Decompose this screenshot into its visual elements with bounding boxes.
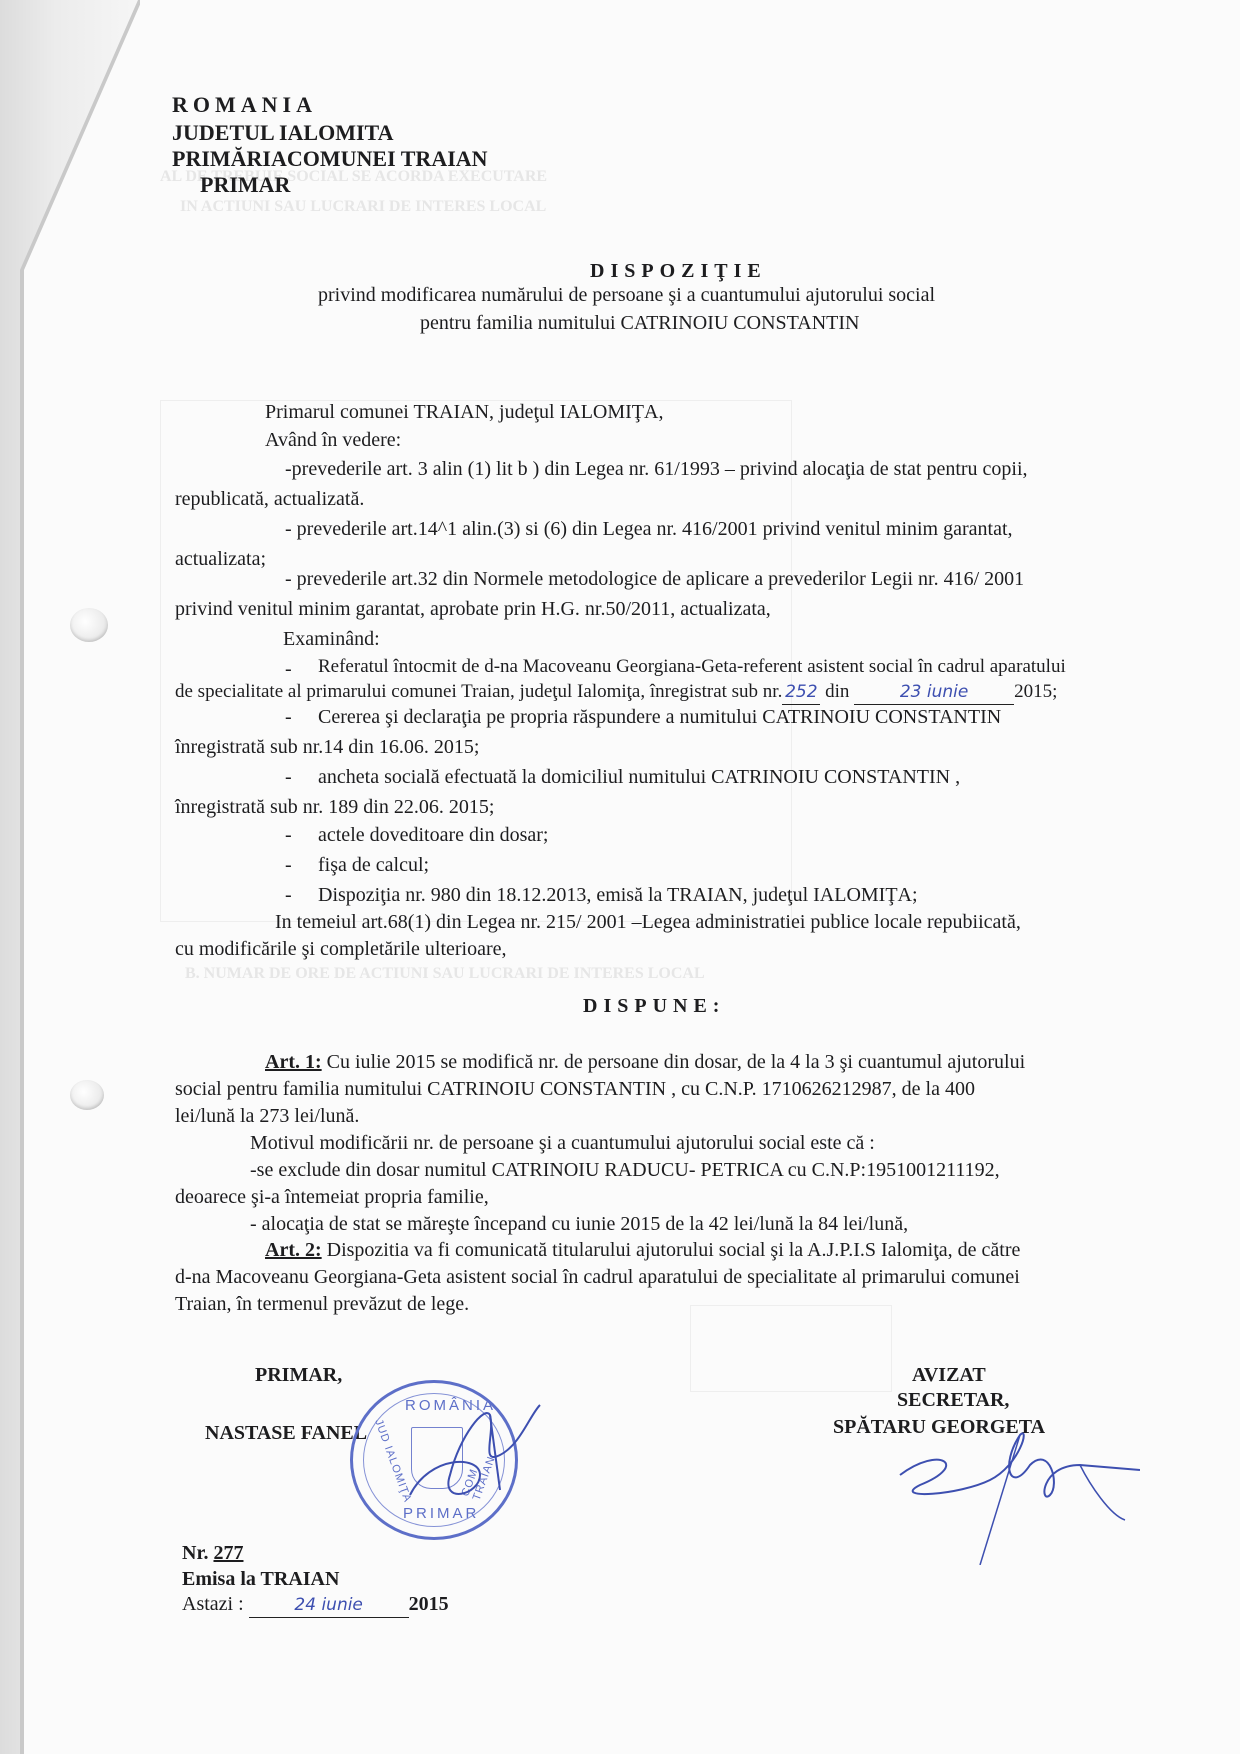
examined-bullet: - bbox=[285, 765, 292, 789]
article-1-line1: Art. 1: Cu iulie 2015 se modifică nr. de… bbox=[265, 1050, 1025, 1074]
examining-label: Examinând: bbox=[283, 627, 380, 651]
endorsed-label: AVIZAT bbox=[912, 1362, 986, 1388]
decision-heading: DISPUNE: bbox=[583, 995, 725, 1018]
examined-bullet: - bbox=[285, 657, 292, 681]
article-2-text: Dispozitia va fi comunicată titularului … bbox=[322, 1239, 1021, 1261]
examined-item-2-line2: înregistrată sub nr.14 din 16.06. 2015; bbox=[175, 735, 479, 759]
examined-item-4: actele doveditoare din dosar; bbox=[318, 823, 548, 847]
examined-item-5: fişa de calcul; bbox=[318, 853, 429, 877]
legal-basis-2-line1: - prevederile art.14^1 alin.(3) si (6) d… bbox=[285, 517, 1013, 541]
legal-basis-final-line1: In temeiul art.68(1) din Legea nr. 215/ … bbox=[275, 910, 1021, 934]
reason-intro: Motivul modificării nr. de persoane şi a… bbox=[250, 1131, 875, 1155]
mayor-name: NASTASE FANEL bbox=[205, 1420, 367, 1446]
examined-item-1-line2: de specialitate al primarului comunei Tr… bbox=[175, 680, 1057, 705]
examined-item-3-line2: înregistrată sub nr. 189 din 22.06. 2015… bbox=[175, 795, 494, 819]
article-1-line3: lei/lună la 273 lei/lună. bbox=[175, 1104, 359, 1128]
examined-bullet: - bbox=[285, 823, 292, 847]
article-2-line2: d-na Macoveanu Georgiana-Geta asistent s… bbox=[175, 1265, 1020, 1289]
examined-item-1-prefix: de specialitate al primarului comunei Tr… bbox=[175, 681, 782, 702]
legal-basis-1-line2: republicată, actualizată. bbox=[175, 487, 364, 511]
legal-basis-3-line2: privind venitul minim garantat, aprobate… bbox=[175, 597, 771, 621]
header-country: ROMANIA bbox=[172, 92, 317, 118]
bleed-through-stamp bbox=[690, 1305, 892, 1392]
examined-item-2-line1: Cererea şi declaraţia pe propria răspund… bbox=[318, 705, 1001, 729]
handwritten-issue-date: 24 iunie bbox=[249, 1593, 409, 1618]
examined-item-3-line1: ancheta socială efectuată la domiciliul … bbox=[318, 765, 960, 789]
examined-bullet: - bbox=[285, 883, 292, 907]
reason-1-line1: -se exclude din dosar numitul CATRINOIU … bbox=[250, 1158, 1000, 1182]
document-title: DISPOZIŢIE bbox=[590, 260, 767, 283]
secretary-signature bbox=[880, 1425, 1140, 1565]
document-number-value: 277 bbox=[213, 1542, 243, 1564]
secretary-title: SECRETAR, bbox=[897, 1387, 1009, 1413]
examined-bullet: - bbox=[285, 853, 292, 877]
punch-hole bbox=[70, 608, 108, 642]
issue-date: Astazi : 24 iunie2015 bbox=[182, 1592, 449, 1618]
scanned-page: AL DE TREBUIE SOCIAL SE ACORDA EXECUTARE… bbox=[0, 0, 1240, 1754]
examined-bullet: - bbox=[285, 705, 292, 729]
article-2-line3: Traian, în termenul prevăzut de lege. bbox=[175, 1292, 469, 1316]
handwritten-referral-date: 23 iunie bbox=[854, 680, 1014, 705]
examined-item-1-din: din bbox=[825, 681, 849, 702]
header-office: PRIMAR bbox=[200, 172, 290, 198]
article-2-line1: Art. 2: Dispozitia va fi comunicată titu… bbox=[265, 1238, 1020, 1262]
issuer-line: Primarul comunei TRAIAN, judeţul IALOMIŢ… bbox=[265, 400, 663, 424]
header-institution: PRIMĂRIACOMUNEI TRAIAN bbox=[172, 146, 488, 172]
article-1-text: Cu iulie 2015 se modifică nr. de persoan… bbox=[322, 1051, 1026, 1073]
document-number: Nr. 277 bbox=[182, 1540, 243, 1566]
reason-2: - alocaţia de stat se măreşte începand c… bbox=[250, 1212, 908, 1236]
reason-1-line2: deoarece şi-a întemeiat propria familie, bbox=[175, 1185, 489, 1209]
header-county: JUDETUL IALOMITA bbox=[172, 120, 393, 146]
examined-item-1-year: 2015; bbox=[1014, 681, 1057, 702]
mayor-title: PRIMAR, bbox=[255, 1362, 342, 1388]
legal-basis-2-line2: actualizata; bbox=[175, 547, 266, 571]
document-number-label: Nr. bbox=[182, 1542, 208, 1564]
legal-basis-1-line1: -prevederile art. 3 alin (1) lit b ) din… bbox=[285, 457, 1028, 481]
document-subtitle-line1: privind modificarea numărului de persoan… bbox=[318, 284, 935, 307]
examined-item-1-line1: Referatul întocmit de d-na Macoveanu Geo… bbox=[318, 655, 1066, 679]
issued-at: Emisa la TRAIAN bbox=[182, 1566, 339, 1592]
legal-basis-final-line2: cu modificările şi completările ulterioa… bbox=[175, 937, 507, 961]
article-2-label: Art. 2: bbox=[265, 1239, 322, 1261]
article-1-label: Art. 1: bbox=[265, 1051, 322, 1073]
bleed-through-text: B. NUMAR DE ORE DE ACTIUNI SAU LUCRARI D… bbox=[185, 965, 705, 983]
mayor-signature bbox=[390, 1395, 570, 1525]
handwritten-referral-number: 252 bbox=[782, 680, 820, 705]
issue-date-label: Astazi : bbox=[182, 1593, 244, 1615]
legal-basis-3-line1: - prevederile art.32 din Normele metodol… bbox=[285, 567, 1024, 591]
article-1-line2: social pentru familia numitului CATRINOI… bbox=[175, 1077, 975, 1101]
document-subtitle-line2: pentru familia numitului CATRINOIU CONST… bbox=[420, 312, 859, 335]
punch-hole bbox=[70, 1080, 104, 1110]
bleed-through-text: IN ACTIUNI SAU LUCRARI DE INTERES LOCAL bbox=[180, 198, 546, 216]
issue-date-year: 2015 bbox=[409, 1593, 449, 1615]
considering-label: Având în vedere: bbox=[265, 428, 401, 452]
examined-item-6: Dispoziţia nr. 980 din 18.12.2013, emisă… bbox=[318, 883, 918, 907]
